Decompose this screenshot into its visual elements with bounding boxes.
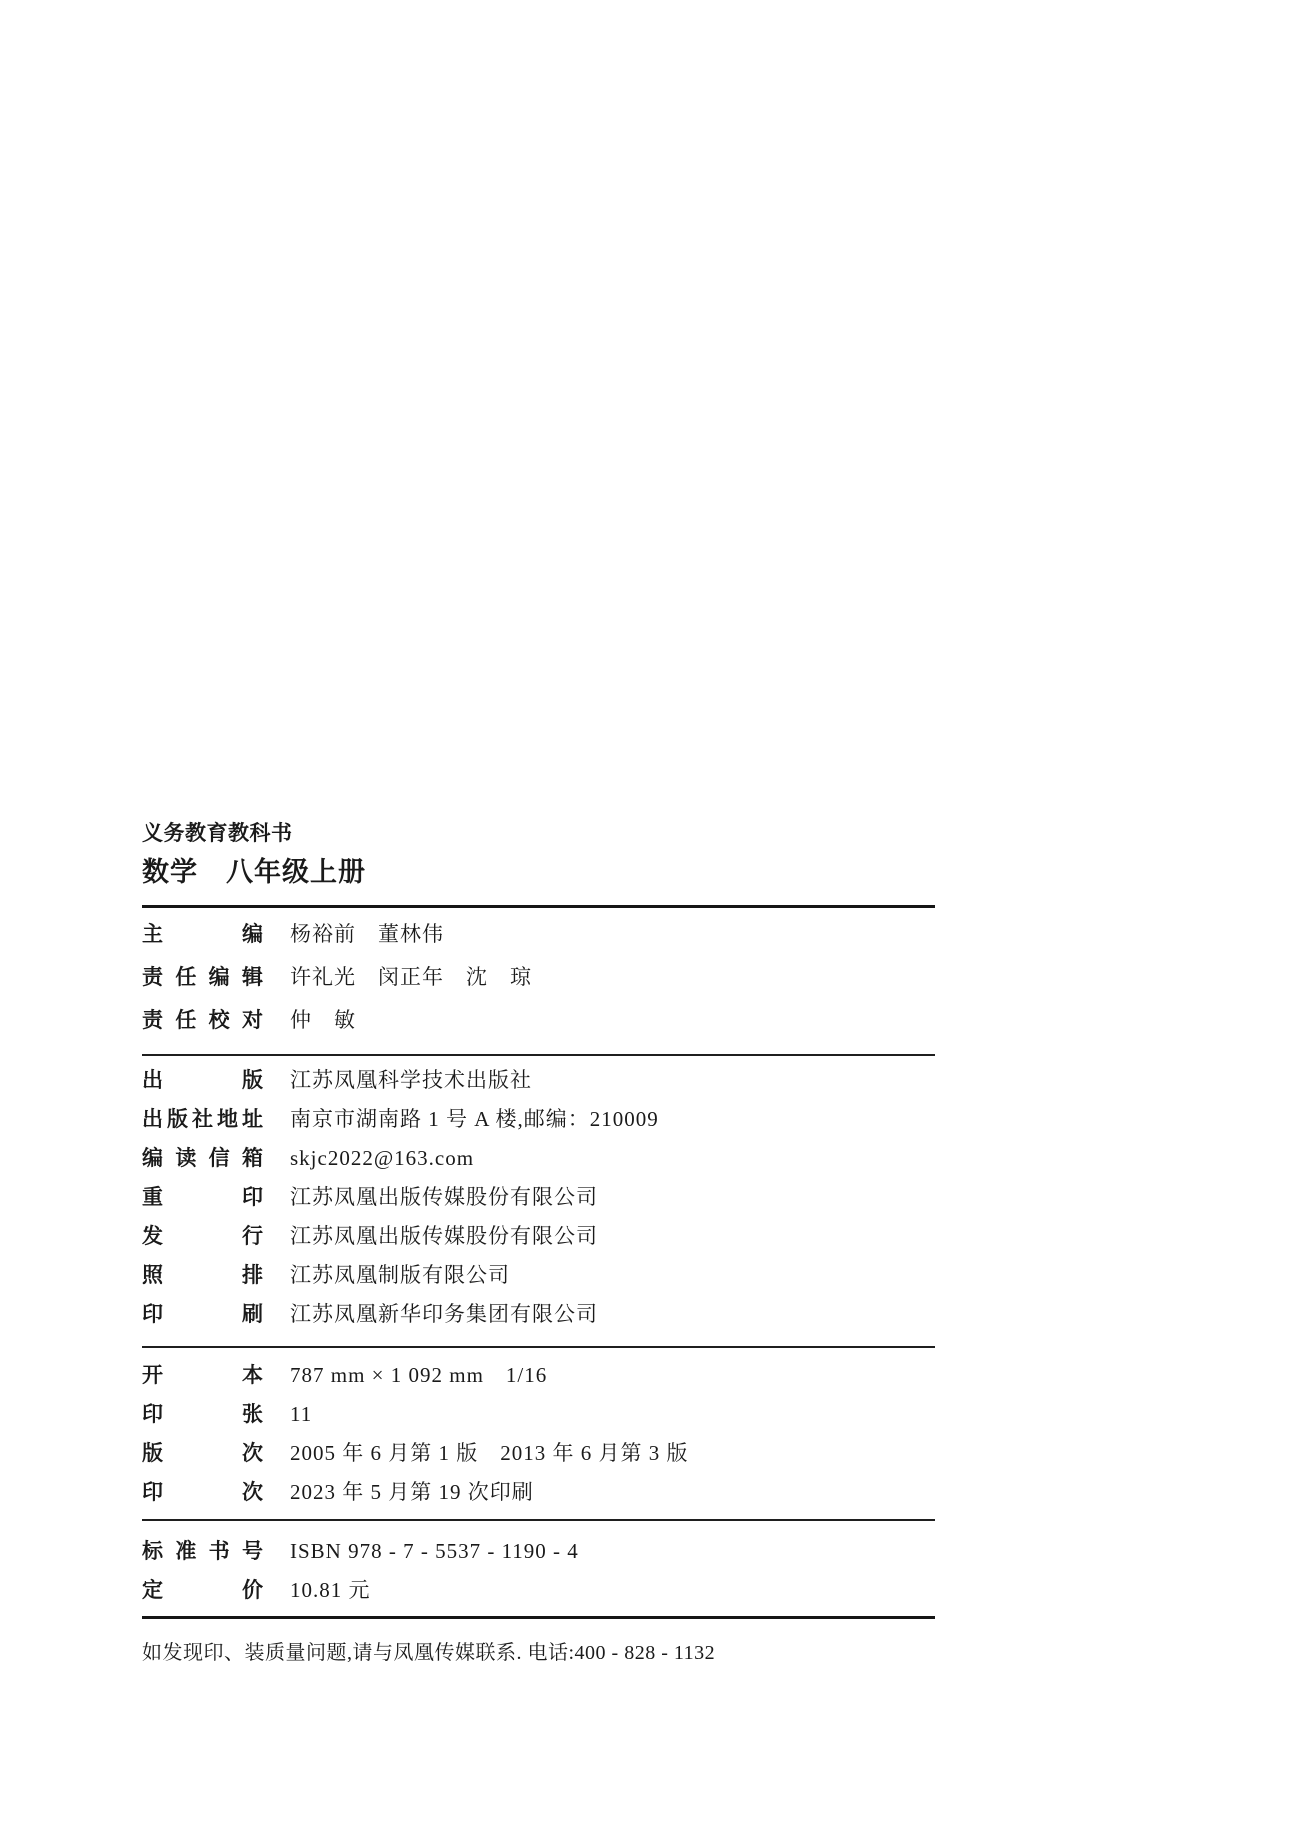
publishing-row: 照排江苏凤凰制版有限公司 (142, 1257, 935, 1296)
isbn-section: 标准书号ISBN 978 - 7 - 5537 - 1190 - 4 定价10.… (142, 1533, 935, 1611)
publishing-row: 出版社地址南京市湖南路 1 号 A 楼,邮编：210009 (142, 1101, 935, 1140)
publishing-row: 发行江苏凤凰出版传媒股份有限公司 (142, 1218, 935, 1257)
isbn-row: 标准书号ISBN 978 - 7 - 5537 - 1190 - 4 (142, 1533, 935, 1572)
row-label: 发行 (142, 1218, 263, 1254)
row-value: 江苏凤凰制版有限公司 (290, 1257, 510, 1293)
format-row: 版次2005 年 6 月第 1 版 2013 年 6 月第 3 版 (142, 1435, 935, 1474)
row-value: 许礼光 闵正年 沈 琼 (290, 957, 532, 997)
staff-section: 主编杨裕前 董林伟 责任编辑许礼光 闵正年 沈 琼 责任校对仲 敏 (142, 914, 935, 1043)
row-value: ISBN 978 - 7 - 5537 - 1190 - 4 (290, 1533, 579, 1569)
row-label: 印次 (142, 1474, 263, 1510)
row-value: skjc2022@163.com (290, 1140, 474, 1176)
row-label: 定价 (142, 1572, 263, 1608)
publishing-row: 出版江苏凤凰科学技术出版社 (142, 1062, 935, 1101)
row-value: 仲 敏 (290, 1000, 356, 1040)
isbn-row: 定价10.81 元 (142, 1572, 935, 1611)
row-value: 787 mm × 1 092 mm 1/16 (290, 1357, 547, 1393)
format-row: 开本787 mm × 1 092 mm 1/16 (142, 1357, 935, 1396)
publishing-row: 编读信箱skjc2022@163.com (142, 1140, 935, 1179)
publishing-row: 重印江苏凤凰出版传媒股份有限公司 (142, 1179, 935, 1218)
row-value: 江苏凤凰出版传媒股份有限公司 (290, 1218, 598, 1254)
row-value: 2023 年 5 月第 19 次印刷 (290, 1474, 534, 1510)
row-label: 照排 (142, 1257, 263, 1293)
row-label: 标准书号 (142, 1533, 263, 1569)
row-label: 责任编辑 (142, 957, 263, 997)
row-value: 江苏凤凰科学技术出版社 (290, 1062, 532, 1098)
quality-hotline-note: 如发现印、装质量问题,请与凤凰传媒联系. 电话:400 - 828 - 1132 (142, 1635, 935, 1671)
colophon-block: 义务教育教科书 数学 八年级上册 主编杨裕前 董林伟 责任编辑许礼光 闵正年 沈… (142, 820, 935, 1671)
divider-format (142, 1519, 935, 1521)
row-label: 出版 (142, 1062, 263, 1098)
colophon-page: 义务教育教科书 数学 八年级上册 主编杨裕前 董林伟 责任编辑许礼光 闵正年 沈… (0, 0, 1311, 1842)
row-value: 江苏凤凰新华印务集团有限公司 (290, 1296, 598, 1332)
publishing-row: 印刷江苏凤凰新华印务集团有限公司 (142, 1296, 935, 1335)
row-label: 版次 (142, 1435, 263, 1471)
row-value: 江苏凤凰出版传媒股份有限公司 (290, 1179, 598, 1215)
row-value: 11 (290, 1396, 312, 1432)
row-label: 编读信箱 (142, 1140, 263, 1176)
format-row: 印张11 (142, 1396, 935, 1435)
row-label: 主编 (142, 914, 263, 954)
row-label: 印张 (142, 1396, 263, 1432)
row-value: 2005 年 6 月第 1 版 2013 年 6 月第 3 版 (290, 1435, 689, 1471)
publishing-section: 出版江苏凤凰科学技术出版社 出版社地址南京市湖南路 1 号 A 楼,邮编：210… (142, 1062, 935, 1335)
row-label: 出版社地址 (142, 1101, 263, 1137)
divider-staff (142, 1054, 935, 1056)
divider-publishing (142, 1346, 935, 1348)
row-label: 重印 (142, 1179, 263, 1215)
series-title: 义务教育教科书 (142, 820, 935, 846)
divider-isbn (142, 1616, 935, 1619)
row-label: 开本 (142, 1357, 263, 1393)
staff-row: 主编杨裕前 董林伟 (142, 914, 935, 957)
format-row: 印次2023 年 5 月第 19 次印刷 (142, 1474, 935, 1513)
row-label: 责任校对 (142, 1000, 263, 1040)
book-title: 数学 八年级上册 (142, 856, 935, 890)
divider-title (142, 905, 935, 908)
row-label: 印刷 (142, 1296, 263, 1332)
row-value: 10.81 元 (290, 1572, 371, 1608)
row-value: 杨裕前 董林伟 (290, 914, 444, 954)
staff-row: 责任编辑许礼光 闵正年 沈 琼 (142, 957, 935, 1000)
staff-row: 责任校对仲 敏 (142, 1000, 935, 1043)
row-value: 南京市湖南路 1 号 A 楼,邮编：210009 (290, 1101, 659, 1137)
format-section: 开本787 mm × 1 092 mm 1/16 印张11 版次2005 年 6… (142, 1357, 935, 1513)
